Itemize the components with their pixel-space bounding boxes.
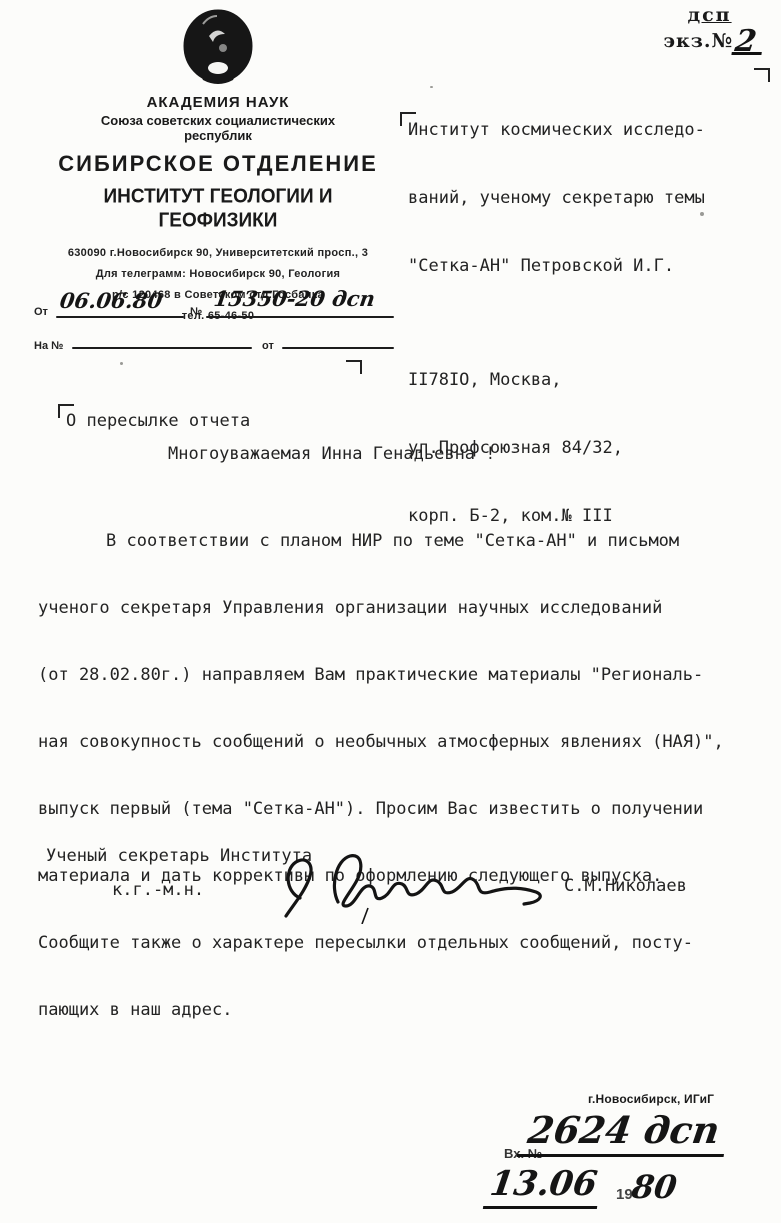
scan-noise xyxy=(700,212,704,216)
letter-page: дсп экз.№2 АКАДЕМИЯ НАУК Союза советских… xyxy=(0,0,781,1223)
salutation: Многоуважаемая Инна Генадьевна ! xyxy=(168,444,496,464)
institute-name: ИНСТИТУТ ГЕОЛОГИИ И ГЕОФИЗИКИ xyxy=(42,185,394,233)
outgoing-number-handwritten: 15350-20 дсп xyxy=(212,286,376,311)
letter-body: В соответствии с планом НИР по теме "Сет… xyxy=(38,488,754,1064)
academy-name: АКАДЕМИЯ НАУК xyxy=(42,94,394,111)
incoming-date-handwritten: 13.06 xyxy=(483,1164,604,1209)
recipient-line: ваний, ученому секретарю темы xyxy=(408,184,764,212)
body-line: (от 28.02.80г.) направляем Вам практичес… xyxy=(38,662,754,689)
subject-text: О пересылке отчета xyxy=(66,408,356,434)
signature-autograph-icon xyxy=(272,846,560,929)
union-name-line2: республик xyxy=(42,128,394,143)
number-label: № xyxy=(190,306,202,318)
body-line: ная совокупность сообщений о необычных а… xyxy=(38,729,754,756)
body-line: Сообщите также о характере пересылки отд… xyxy=(38,930,754,957)
scan-noise xyxy=(120,362,123,365)
outgoing-reference-block: От 06.06.80 № 15350-20 дсп На № от xyxy=(34,292,394,352)
recipient-address-line: II78IO, Москва, xyxy=(408,366,764,394)
recipient-line: Институт космических исследо- xyxy=(408,116,764,144)
copy-number-line: экз.№2 xyxy=(663,30,763,55)
secrecy-stamp: дсп экз.№2 xyxy=(663,4,763,55)
ussr-coat-of-arms-icon xyxy=(179,6,257,88)
outgoing-date-handwritten: 06.06.80 xyxy=(58,288,164,313)
copy-number-label: экз.№ xyxy=(663,30,733,52)
letterhead: АКАДЕМИЯ НАУК Союза советских социалисти… xyxy=(42,6,394,327)
copy-number-handwritten: 2 xyxy=(732,32,765,55)
branch-name: СИБИРСКОЕ ОТДЕЛЕНИЕ xyxy=(42,151,394,177)
signer-name: С.М.Николаев xyxy=(564,876,687,896)
reply-from-label: от xyxy=(262,340,274,352)
incoming-number-handwritten: 2624 дсп xyxy=(517,1108,731,1157)
from-label: От xyxy=(34,306,48,318)
recipient-line: "Сетка-АН" Петровской И.Г. xyxy=(408,252,764,280)
dsp-stamp-text: дсп xyxy=(687,4,763,26)
institute-address: 630090 г.Новосибирск 90, Университетский… xyxy=(42,243,394,264)
body-line: выпуск первый (тема "Сетка-АН"). Просим … xyxy=(38,796,754,823)
scan-noise xyxy=(430,86,433,88)
footer-place: г.Новосибирск, ИГиГ xyxy=(588,1092,714,1106)
body-line: пающих в наш адрес. xyxy=(38,997,754,1024)
year-suffix-handwritten: 80 xyxy=(629,1168,679,1206)
union-name-line1: Союза советских социалистических xyxy=(42,113,394,128)
body-line: В соответствии с планом НИР по теме "Сет… xyxy=(38,528,754,555)
body-line: ученого секретаря Управления организации… xyxy=(38,595,754,622)
telegram-address: Для телеграмм: Новосибирск 90, Геология xyxy=(42,264,394,285)
reply-to-label: На № xyxy=(34,340,63,352)
signer-degree: к.г.-м.н. xyxy=(112,880,204,900)
